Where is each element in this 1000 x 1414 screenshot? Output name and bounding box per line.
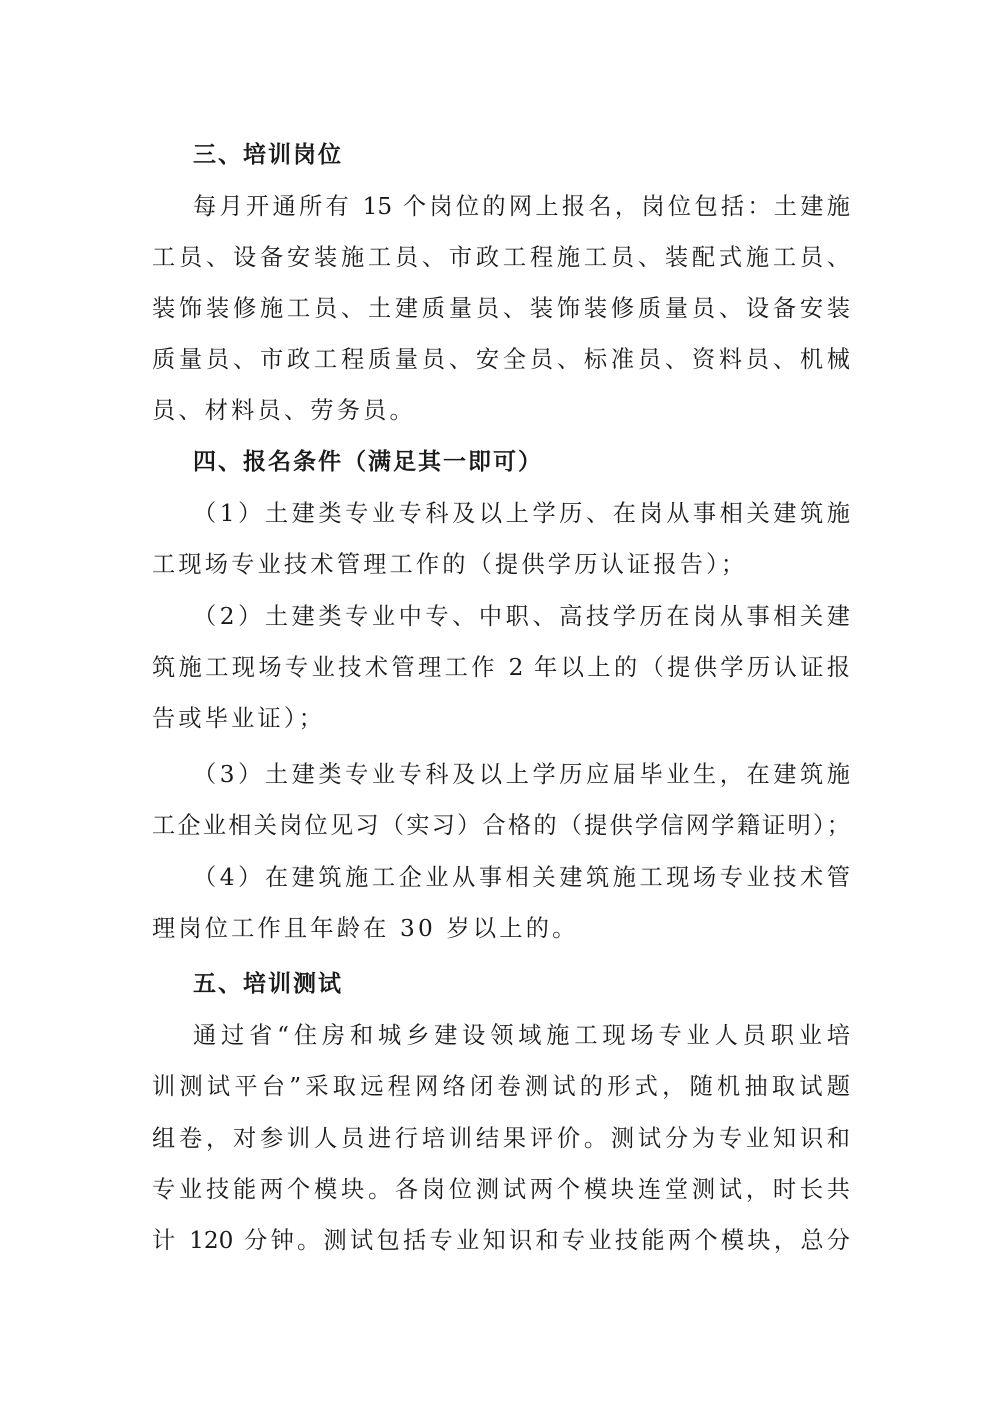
paragraph-line: 装饰装修施工员、土建质量员、装饰装修质量员、设备安装 <box>152 283 850 334</box>
paragraph-line: 通过省“住房和城乡建设领域施工现场专业人员职业培 <box>193 1010 850 1061</box>
paragraph-line: 计 120 分钟。测试包括专业知识和专业技能两个模块，总分 <box>152 1215 850 1266</box>
condition-item-1-line: （1）土建类专业专科及以上学历、在岗从事相关建筑施 <box>193 488 850 539</box>
paragraph-line: 专业技能两个模块。各岗位测试两个模块连堂测试，时长共 <box>152 1164 850 1215</box>
condition-item-1-line: 工现场专业技术管理工作的（提供学历认证报告）； <box>152 539 747 590</box>
paragraph-line: 每月开通所有 15 个岗位的网上报名，岗位包括：土建施 <box>193 181 850 232</box>
section-heading-registration-conditions: 四、报名条件（满足其一即可） <box>193 437 543 488</box>
condition-item-4-line: （4）在建筑施工企业从事相关建筑施工现场专业技术管 <box>193 852 850 903</box>
paragraph-line: 员、材料员、劳务员。 <box>152 385 416 436</box>
paragraph-line: 质量员、市政工程质量员、安全员、标准员、资料员、机械 <box>152 334 850 385</box>
condition-item-3-line: （3）土建类专业专科及以上学历应届毕业生，在建筑施 <box>193 749 850 800</box>
condition-item-4-line: 理岗位工作且年龄在 30 岁以上的。 <box>152 903 578 954</box>
condition-item-2-line: （2）土建类专业中专、中职、高技学历在岗从事相关建 <box>193 591 850 642</box>
paragraph-line: 训测试平台”采取远程网络闭卷测试的形式，随机抽取试题 <box>152 1061 850 1112</box>
paragraph-line: 工员、设备安装施工员、市政工程施工员、装配式施工员、 <box>152 232 850 283</box>
section-heading-training-test: 五、培训测试 <box>193 959 343 1010</box>
condition-item-2-line: 告或毕业证）； <box>152 693 325 744</box>
condition-item-3-line: 工企业相关岗位见习（实习）合格的（提供学信网学籍证明）； <box>152 800 850 851</box>
condition-item-2-line: 筑施工现场专业技术管理工作 2 年以上的（提供学历认证报 <box>152 642 850 693</box>
section-heading-training-positions: 三、培训岗位 <box>193 130 343 181</box>
paragraph-line: 组卷，对参训人员进行培训结果评价。测试分为专业知识和 <box>152 1113 850 1164</box>
